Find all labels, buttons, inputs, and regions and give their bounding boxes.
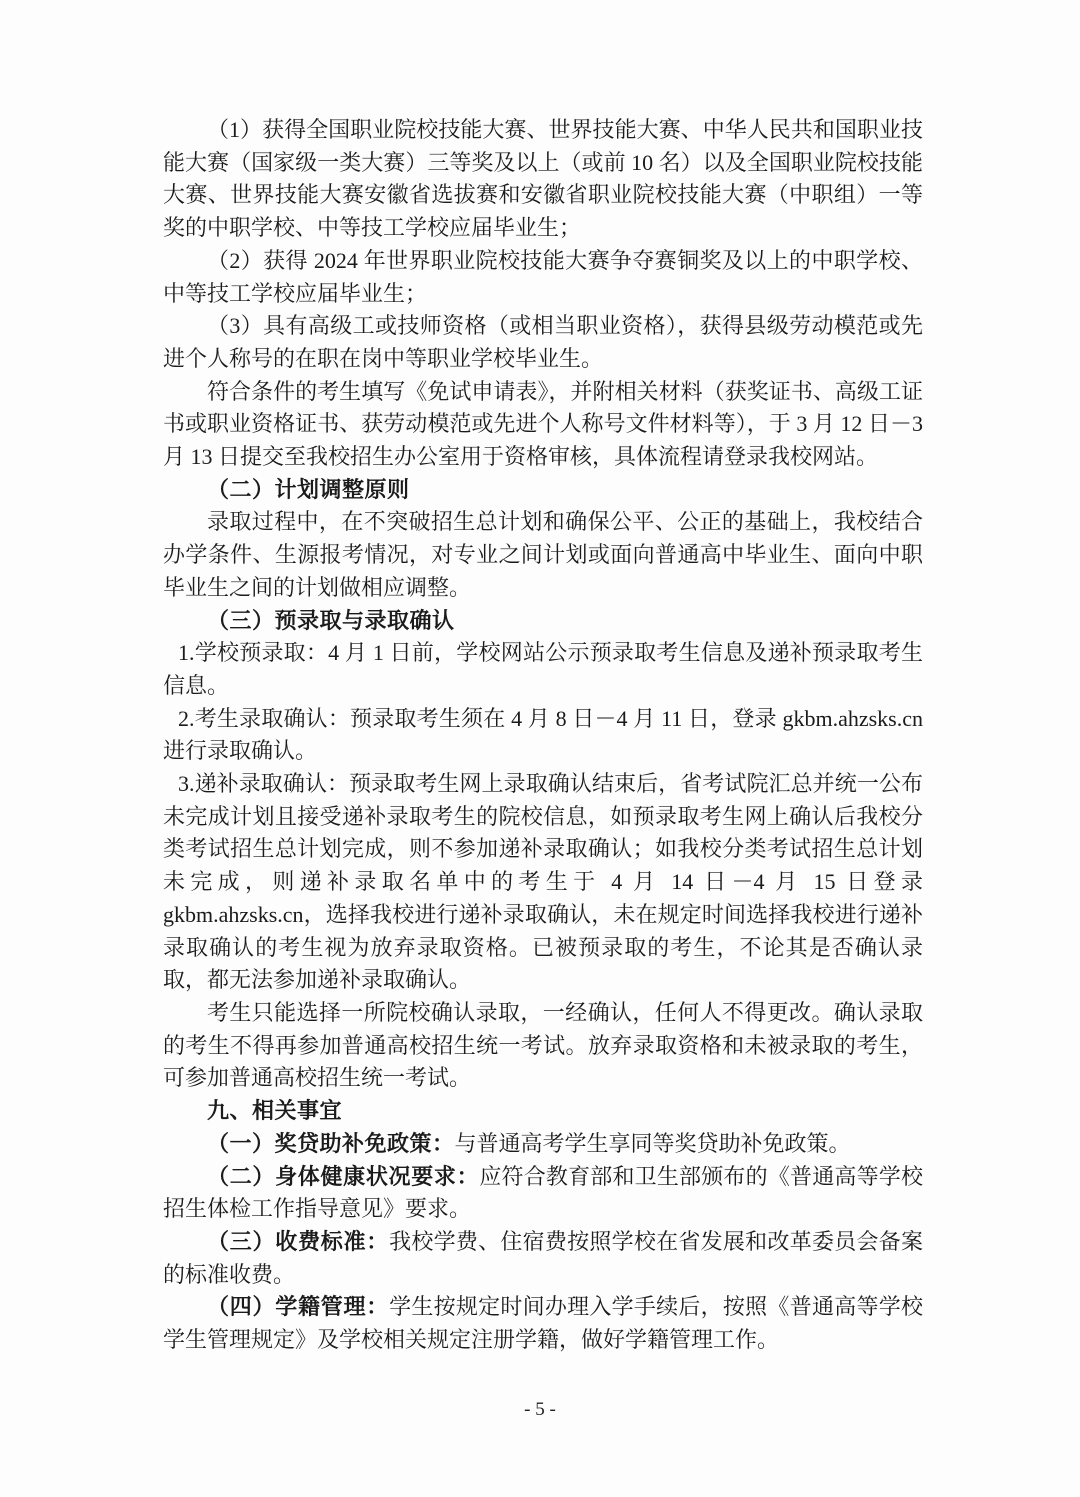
heading-related-matters: 九、相关事宜 xyxy=(163,1095,923,1128)
text-run: 录取过程中，在不突破招生总计划和确保公平、公正的基础上，我校结合办学条件、生源报… xyxy=(163,509,923,599)
text-run: 符合条件的考生填写《免试申请表》，并附相关材料（获奖证书、高级工证书或职业资格证… xyxy=(163,379,923,469)
bold-text-run: （二）身体健康状况要求： xyxy=(207,1164,479,1189)
para-related-1-financial-aid: （一）奖贷助补免政策：与普通高考学生享同等奖贷助补免政策。 xyxy=(163,1128,923,1161)
text-run: 与普通高考学生享同等奖贷助补免政策。 xyxy=(455,1131,851,1156)
para-related-3-fees: （三）收费标准：我校学费、住宿费按照学校在省发展和改革委员会备案的标准收费。 xyxy=(163,1226,923,1291)
bold-text-run: （三）收费标准： xyxy=(207,1229,389,1254)
para-exempt-item-2: （2）获得 2024 年世界职业院校技能大赛争夺赛铜奖及以上的中职学校、中等技工… xyxy=(163,245,923,310)
heading-plan-adjustment: （二）计划调整原则 xyxy=(163,474,923,507)
bold-text-run: （一）奖贷助补免政策： xyxy=(207,1131,455,1156)
para-pre-admission-2: 2.考生录取确认：预录取考生须在 4 月 8 日－4 月 11 日，登录 gkb… xyxy=(163,703,923,768)
bold-text-run: 九、相关事宜 xyxy=(207,1098,342,1123)
text-run: 1.学校预录取：4 月 1 日前，学校网站公示预录取考生信息及递补预录取考生信息… xyxy=(163,640,923,698)
text-run: （2）获得 2024 年世界职业院校技能大赛争夺赛铜奖及以上的中职学校、中等技工… xyxy=(163,248,923,306)
para-exempt-apply: 符合条件的考生填写《免试申请表》，并附相关材料（获奖证书、高级工证书或职业资格证… xyxy=(163,376,923,474)
para-plan-adjustment: 录取过程中，在不突破招生总计划和确保公平、公正的基础上，我校结合办学条件、生源报… xyxy=(163,506,923,604)
bold-text-run: （三）预录取与录取确认 xyxy=(207,608,455,633)
text-run: （3）具有高级工或技师资格（或相当职业资格），获得县级劳动模范或先进个人称号的在… xyxy=(163,313,923,371)
heading-pre-admission: （三）预录取与录取确认 xyxy=(163,605,923,638)
text-run: 2.考生录取确认：预录取考生须在 4 月 8 日－4 月 11 日，登录 gkb… xyxy=(163,706,923,764)
text-run: （1）获得全国职业院校技能大赛、世界技能大赛、中华人民共和国职业技能大赛（国家级… xyxy=(163,117,923,240)
document-page: （1）获得全国职业院校技能大赛、世界技能大赛、中华人民共和国职业技能大赛（国家级… xyxy=(0,0,1080,1497)
document-body: （1）获得全国职业院校技能大赛、世界技能大赛、中华人民共和国职业技能大赛（国家级… xyxy=(163,114,923,1357)
para-pre-admission-1: 1.学校预录取：4 月 1 日前，学校网站公示预录取考生信息及递补预录取考生信息… xyxy=(163,637,923,702)
text-run: 考生只能选择一所院校确认录取，一经确认，任何人不得更改。确认录取的考生不得再参加… xyxy=(163,1000,923,1090)
page-number: - 5 - xyxy=(0,1398,1080,1422)
bold-text-run: （二）计划调整原则 xyxy=(207,477,410,502)
text-run: 3.递补录取确认：预录取考生网上录取确认结束后，省考试院汇总并统一公布未完成计划… xyxy=(163,771,923,992)
bold-text-run: （四）学籍管理： xyxy=(207,1294,389,1319)
para-exempt-item-1: （1）获得全国职业院校技能大赛、世界技能大赛、中华人民共和国职业技能大赛（国家级… xyxy=(163,114,923,245)
para-exempt-item-3: （3）具有高级工或技师资格（或相当职业资格），获得县级劳动模范或先进个人称号的在… xyxy=(163,310,923,375)
para-related-2-health: （二）身体健康状况要求：应符合教育部和卫生部颁布的《普通高等学校招生体检工作指导… xyxy=(163,1161,923,1226)
para-confirm-rule: 考生只能选择一所院校确认录取，一经确认，任何人不得更改。确认录取的考生不得再参加… xyxy=(163,997,923,1095)
para-related-4-enrollment: （四）学籍管理：学生按规定时间办理入学手续后，按照《普通高等学校学生管理规定》及… xyxy=(163,1291,923,1356)
para-pre-admission-3: 3.递补录取确认：预录取考生网上录取确认结束后，省考试院汇总并统一公布未完成计划… xyxy=(163,768,923,997)
